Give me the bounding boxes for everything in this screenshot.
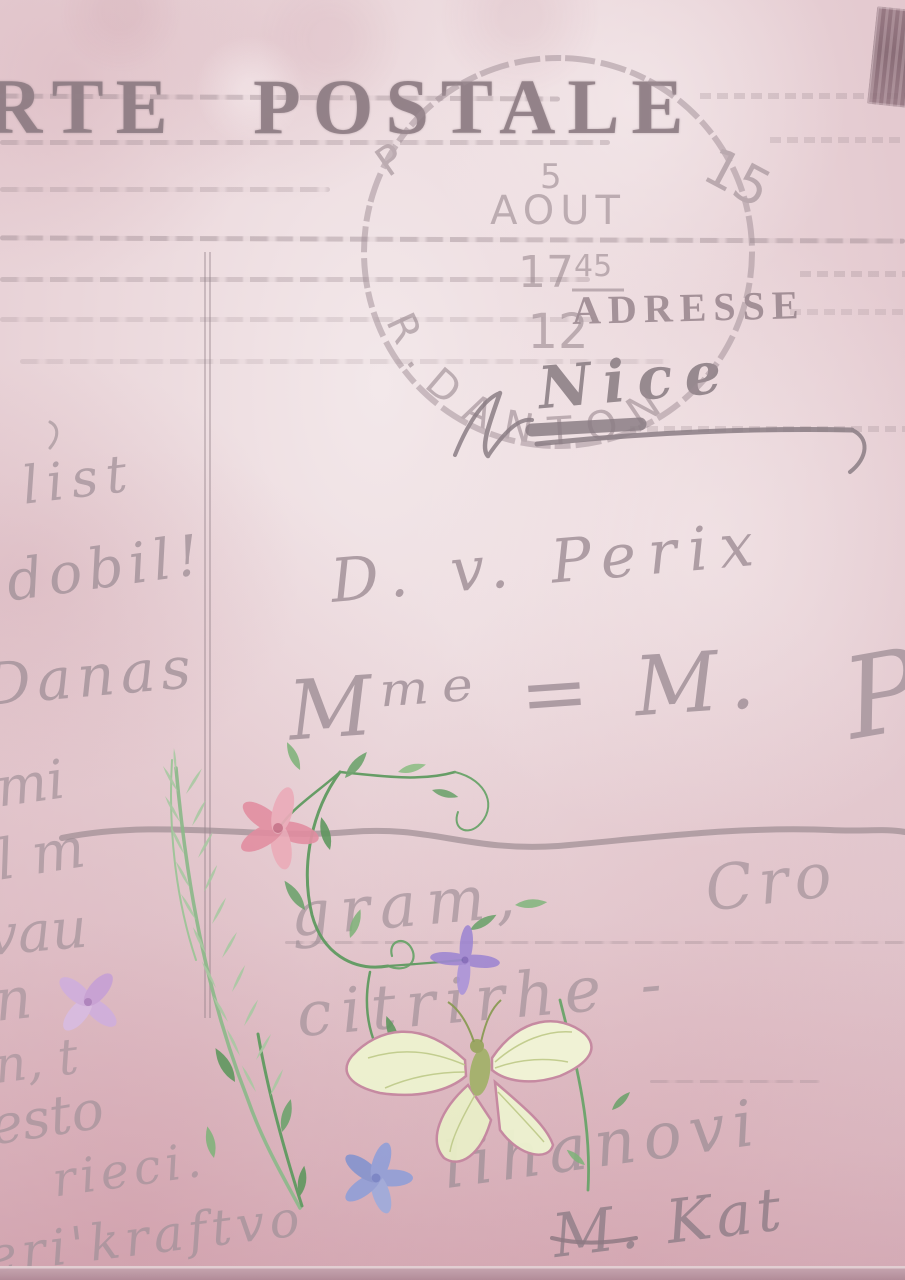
postage-stamp-fragment xyxy=(867,6,905,108)
cancel-line xyxy=(790,309,905,315)
tendril xyxy=(455,772,488,830)
butterfly-wing-veins xyxy=(368,1032,572,1152)
butterfly-antennae xyxy=(448,1000,501,1042)
postmark-hour: 17 xyxy=(518,247,574,298)
vine-leaves xyxy=(203,741,632,1197)
ruled-line xyxy=(285,941,905,944)
handwriting-line: n, t xyxy=(0,1027,81,1095)
stems xyxy=(171,760,589,1208)
handwriting-line: lihanovi xyxy=(438,1086,766,1204)
purple-flower xyxy=(430,925,501,996)
butterfly-head xyxy=(470,1039,484,1053)
lilac-flower xyxy=(55,969,122,1036)
cancel-line xyxy=(0,187,330,192)
floral-cluster xyxy=(55,741,633,1216)
handwriting-line: Nice xyxy=(535,338,735,423)
cancel-line xyxy=(20,359,670,364)
grass-blade xyxy=(171,760,196,960)
signature-scrawl xyxy=(50,393,905,1243)
bottom-border-band xyxy=(0,1266,905,1280)
handwriting-line: Mᵐᵉ = M. xyxy=(285,631,767,759)
butterfly-left-forewing xyxy=(347,1032,466,1095)
divider-line xyxy=(205,252,210,1018)
adresse-label: ADRESSE xyxy=(571,281,806,334)
blue-flower xyxy=(341,1140,413,1216)
handwriting-line: Danas xyxy=(0,633,199,719)
artwork-layer: 5 AOUT 17 45 12 R.DANTON 15 P xyxy=(0,0,905,1280)
ruled-line xyxy=(650,1080,820,1083)
butterfly-right-hindwing xyxy=(495,1082,553,1155)
pink-flower xyxy=(237,785,322,871)
cancel-line xyxy=(0,235,905,243)
handwriting-line: rieci. xyxy=(49,1132,209,1209)
cancel-line xyxy=(0,140,610,145)
handwriting-line: n xyxy=(0,963,35,1035)
handwriting-line: list xyxy=(19,443,138,516)
handwriting-line: M. Kat xyxy=(549,1174,790,1272)
postmark-arc-right: 15 xyxy=(694,137,781,221)
handwriting-line: dobil! xyxy=(2,522,209,614)
handwriting-line: Cro xyxy=(701,837,841,926)
handwriting-line: l m xyxy=(0,815,89,893)
handwriting-line: P xyxy=(834,624,905,765)
handwriting-line: esto xyxy=(0,1077,108,1157)
postmark-month: AOUT xyxy=(490,188,626,234)
carte-postale-header: RTE POSTALE xyxy=(0,62,695,152)
vine-stem xyxy=(307,772,388,967)
cancel-line xyxy=(0,317,600,322)
paper-texture xyxy=(0,0,905,1280)
vintage-postcard: RTE POSTALE ADRESSE list dobil! D. v. Pe… xyxy=(0,0,905,1280)
handwriting-line: citrirhe - xyxy=(294,946,675,1051)
cancel-line xyxy=(0,277,590,282)
cancel-line xyxy=(630,426,905,432)
butterfly-left-hindwing xyxy=(437,1085,491,1162)
butterfly-right-forewing xyxy=(492,1021,591,1081)
handwriting-line: gram, xyxy=(287,858,527,951)
rosemary-stem xyxy=(176,768,300,1208)
butterfly xyxy=(347,1000,592,1162)
spiral-tendril xyxy=(388,941,414,968)
handwriting-line: D. v. Perix xyxy=(328,509,768,617)
rosemary-needles xyxy=(162,748,285,1097)
handwriting-line: mi xyxy=(0,748,69,820)
butterfly-body xyxy=(467,1047,493,1097)
handwriting-line: vau xyxy=(0,896,90,970)
postmark-top-digit: 5 xyxy=(540,157,562,197)
cancel-line xyxy=(800,271,905,277)
cancel-line xyxy=(770,137,905,143)
